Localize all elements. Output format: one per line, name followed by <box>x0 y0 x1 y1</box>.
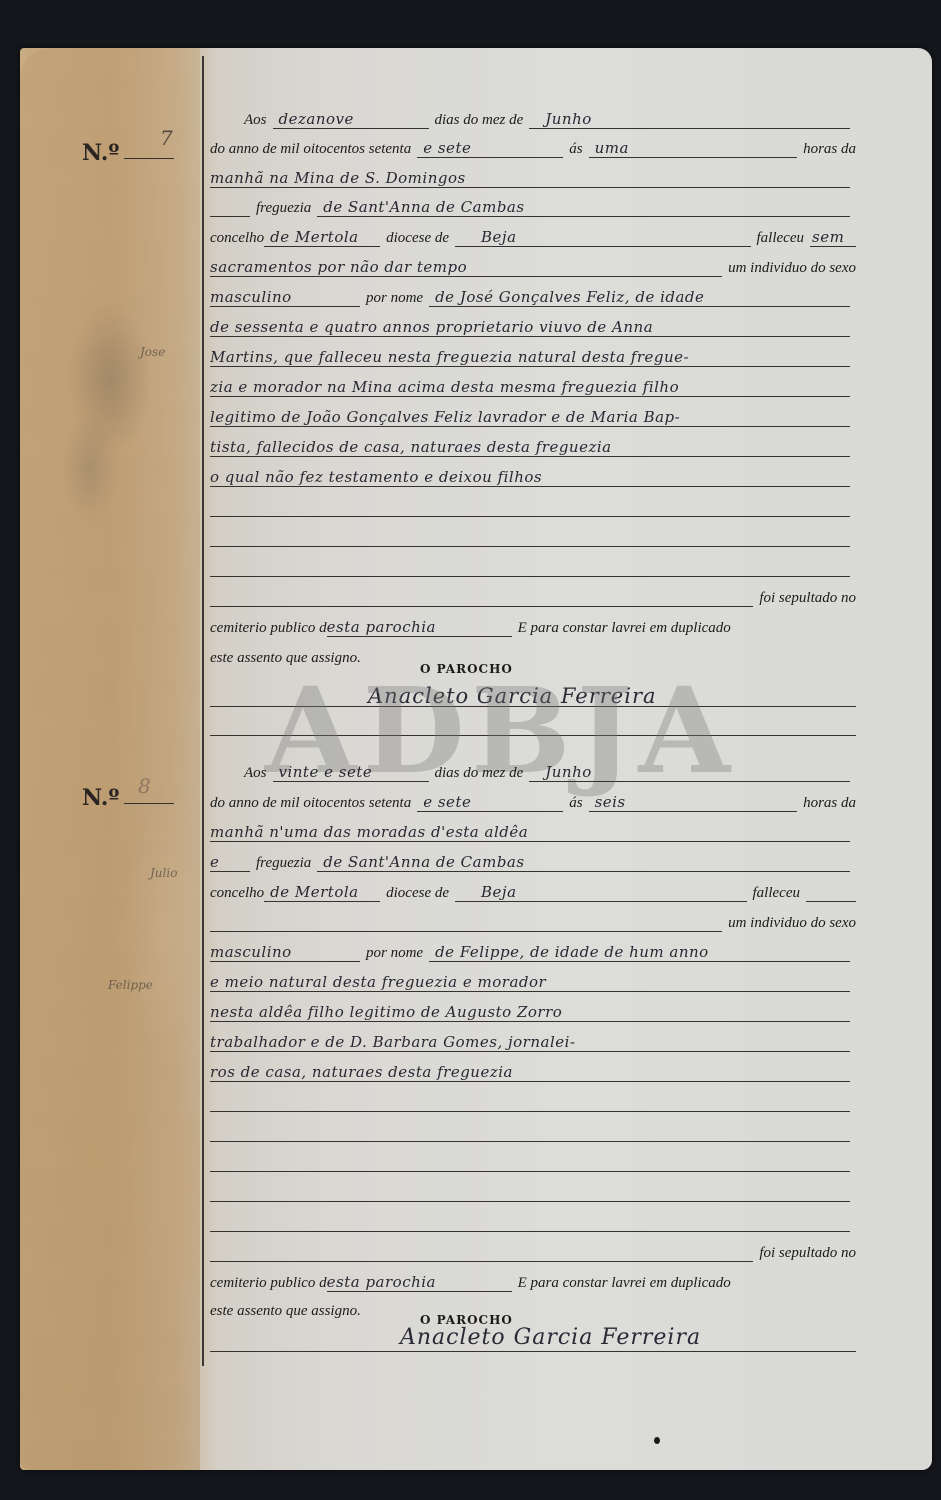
row-assento: este assento que assigno. <box>210 643 856 667</box>
value-falleceu-extra: sem <box>812 228 844 246</box>
signature-line <box>210 1351 856 1352</box>
body-line-field: nesta aldêa filho legitimo de Augusto Zo… <box>210 1001 850 1022</box>
value-diocese: Beja <box>481 883 517 901</box>
field-hour: seis <box>589 791 798 812</box>
body-line: tista, fallecidos de casa, naturaes dest… <box>210 433 856 457</box>
label-nome: por nome <box>366 290 423 307</box>
body-line: ros de casa, naturaes desta freguezia <box>210 1058 856 1082</box>
field-diocese: Beja <box>455 881 746 902</box>
body-line-text: zia e morador na Mina acima desta mesma … <box>210 378 679 396</box>
row-sepultado: foi sepultado no <box>210 1238 856 1262</box>
label-dias: dias do mez de <box>435 765 524 782</box>
label-falleceu: falleceu <box>757 230 804 247</box>
field-concelho: de Mertola <box>264 226 380 247</box>
value-concelho: de Mertola <box>270 883 358 901</box>
stained-torn-margin <box>20 48 200 1470</box>
value-freguezia: de Sant'Anna de Cambas <box>323 198 524 216</box>
field-month: Junho <box>529 108 850 129</box>
value-place: manhã n'uma das moradas d'esta aldêa <box>210 823 528 841</box>
parocho-label: O PAROCHO <box>420 662 513 676</box>
field-cemiterio: esta parochia <box>327 616 512 637</box>
label-dias: dias do mez de <box>435 112 524 129</box>
field-month: Junho <box>529 761 850 782</box>
entry-number: 7 <box>160 126 173 150</box>
row-individuo: sacramentos por não dar tempo um individ… <box>210 253 856 277</box>
row-cemiterio: cemiterio publico d esta parochia E para… <box>210 1268 856 1292</box>
empty-line <box>210 553 856 577</box>
value-hour: seis <box>595 793 626 811</box>
body-line: Martins, que falleceu nesta freguezia na… <box>210 343 856 367</box>
value-year: e sete <box>423 793 471 811</box>
label-freguezia: freguezia <box>256 855 311 872</box>
field-day: dezanove <box>273 108 429 129</box>
value-cemiterio: esta parochia <box>327 618 436 636</box>
value-hour: uma <box>595 139 629 157</box>
field-freguezia-prefix: e <box>210 851 250 872</box>
body-line: legitimo de João Gonçalves Feliz lavrado… <box>210 403 856 427</box>
value-sacramentos: sacramentos por não dar tempo <box>210 258 467 276</box>
body-line-text: trabalhador e de D. Barbara Gomes, jorna… <box>210 1033 575 1051</box>
label-horas: horas da <box>803 141 856 158</box>
body-line-text: ros de casa, naturaes desta freguezia <box>210 1063 513 1081</box>
row-freguezia: e freguezia de Sant'Anna de Cambas <box>210 848 856 872</box>
row-place: manhã na Mina de S. Domingos <box>210 164 856 188</box>
body-line-field: e meio natural desta freguezia e morador <box>210 971 850 992</box>
empty-line <box>210 1148 856 1172</box>
empty-line <box>210 1118 856 1142</box>
empty-line-field <box>210 1151 850 1172</box>
field-falleceu-extra: sem <box>810 226 856 247</box>
value-day: vinte e sete <box>279 763 373 781</box>
field-concelho: de Mertola <box>264 881 380 902</box>
value-diocese: Beja <box>481 228 517 246</box>
body-line-text: tista, fallecidos de casa, naturaes dest… <box>210 438 612 456</box>
label-anno: do anno de mil oitocentos setenta <box>210 141 411 158</box>
row-year: do anno de mil oitocentos setenta e sete… <box>210 788 856 812</box>
row-nome: masculino por nome de Felippe, de idade … <box>210 938 856 962</box>
label-individuo: um individuo do sexo <box>728 260 856 277</box>
value-day: dezanove <box>279 110 354 128</box>
body-line: e meio natural desta freguezia e morador <box>210 968 856 992</box>
empty-line <box>210 1088 856 1112</box>
field-place: manhã n'uma das moradas d'esta aldêa <box>210 821 850 842</box>
entry-number-label: N.º <box>82 785 119 811</box>
body-line-field: ros de casa, naturaes desta freguezia <box>210 1061 850 1082</box>
value-month: Junho <box>545 763 592 781</box>
label-sepultado: foi sepultado no <box>759 1245 856 1262</box>
body-line-field: tista, fallecidos de casa, naturaes dest… <box>210 436 850 457</box>
label-concelho: concelho <box>210 230 264 247</box>
value-place: manhã na Mina de S. Domingos <box>210 169 466 187</box>
empty-line <box>210 493 856 517</box>
value-nome: de José Gonçalves Feliz, de idade <box>435 288 704 306</box>
row-year: do anno de mil oitocentos setenta e sete… <box>210 134 856 158</box>
label-assento: este assento que assigno. <box>210 1303 361 1320</box>
body-line: o qual não fez testamento e deixou filho… <box>210 463 856 487</box>
body-line-text: de sessenta e quatro annos proprietario … <box>210 318 653 336</box>
row-place: manhã n'uma das moradas d'esta aldêa <box>210 818 856 842</box>
field-sepultado <box>210 586 753 607</box>
signature-line <box>210 706 856 707</box>
empty-line-field <box>210 1181 850 1202</box>
field-cemiterio: esta parochia <box>327 1271 512 1292</box>
empty-line-field <box>210 526 850 547</box>
body-line-field: de sessenta e quatro annos proprietario … <box>210 316 850 337</box>
body-line: de sessenta e quatro annos proprietario … <box>210 313 856 337</box>
row-freguezia: freguezia de Sant'Anna de Cambas <box>210 193 856 217</box>
field-sacramentos <box>210 911 722 932</box>
label-concelho: concelho <box>210 885 264 902</box>
field-nome: de Felippe, de idade de hum anno <box>429 941 850 962</box>
body-line-text: e meio natural desta freguezia e morador <box>210 973 546 991</box>
margin-rule <box>202 56 204 1366</box>
field-sepultado <box>210 1241 753 1262</box>
value-concelho: de Mertola <box>270 228 358 246</box>
margin-note: Felippe <box>108 978 153 992</box>
row-sepultado: foi sepultado no <box>210 583 856 607</box>
row-concelho: concelho de Mertola diocese de Beja fall… <box>210 223 856 247</box>
label-assento: este assento que assigno. <box>210 650 361 667</box>
row-nome: masculino por nome de José Gonçalves Fel… <box>210 283 856 307</box>
label-nome: por nome <box>366 945 423 962</box>
entry-number-label: N.º <box>82 140 119 166</box>
label-as: ás <box>569 141 582 158</box>
row-date: Aos dezanove dias do mez de Junho <box>210 105 856 129</box>
label-diocese: diocese de <box>386 885 449 902</box>
body-line-field: zia e morador na Mina acima desta mesma … <box>210 376 850 397</box>
empty-line-field <box>210 556 850 577</box>
label-anno: do anno de mil oitocentos setenta <box>210 795 411 812</box>
field-day: vinte e sete <box>273 761 429 782</box>
field-hour: uma <box>589 137 798 158</box>
value-sexo: masculino <box>210 943 292 961</box>
margin-note: Jose <box>140 345 165 359</box>
empty-line <box>210 1178 856 1202</box>
field-sexo: masculino <box>210 286 360 307</box>
field-nome: de José Gonçalves Feliz, de idade <box>429 286 850 307</box>
label-falleceu: falleceu <box>753 885 800 902</box>
empty-line-field <box>210 1121 850 1142</box>
label-as: ás <box>569 795 582 812</box>
empty-line <box>210 523 856 547</box>
body-line: trabalhador e de D. Barbara Gomes, jorna… <box>210 1028 856 1052</box>
value-cemiterio: esta parochia <box>327 1273 436 1291</box>
value-freguezia: de Sant'Anna de Cambas <box>323 853 524 871</box>
body-line-text: nesta aldêa filho legitimo de Augusto Zo… <box>210 1003 562 1021</box>
row-concelho: concelho de Mertola diocese de Beja fall… <box>210 878 856 902</box>
label-aos: Aos <box>244 765 267 782</box>
empty-line <box>210 1208 856 1232</box>
label-freguezia: freguezia <box>256 200 311 217</box>
row-individuo: um individuo do sexo <box>210 908 856 932</box>
field-freguezia-prefix <box>210 196 250 217</box>
row-assento: este assento que assigno. <box>210 1296 856 1320</box>
body-line-text: legitimo de João Gonçalves Feliz lavrado… <box>210 408 680 426</box>
value-freguezia-prefix: e <box>210 853 219 871</box>
label-constar: E para constar lavrei em duplicado <box>518 1275 731 1292</box>
value-month: Junho <box>545 110 592 128</box>
value-year: e sete <box>423 139 471 157</box>
label-cemiterio: cemiterio publico d <box>210 1275 327 1292</box>
empty-line-field <box>210 1211 850 1232</box>
label-individuo: um individuo do sexo <box>728 915 856 932</box>
field-sacramentos: sacramentos por não dar tempo <box>210 256 722 277</box>
empty-line-field <box>210 1091 850 1112</box>
body-line: zia e morador na Mina acima desta mesma … <box>210 373 856 397</box>
parocho-signature: Anacleto Garcia Ferreira <box>368 684 657 708</box>
row-cemiterio: cemiterio publico d esta parochia E para… <box>210 613 856 637</box>
label-aos: Aos <box>244 112 267 129</box>
ink-dot <box>654 1437 660 1444</box>
field-place: manhã na Mina de S. Domingos <box>210 167 850 188</box>
label-diocese: diocese de <box>386 230 449 247</box>
field-freguezia: de Sant'Anna de Cambas <box>317 851 850 872</box>
margin-note-top: Julio <box>150 866 177 880</box>
row-date: Aos vinte e sete dias do mez de Junho <box>210 758 856 782</box>
entry-number: 8 <box>138 774 151 798</box>
body-line-text: o qual não fez testamento e deixou filho… <box>210 468 542 486</box>
field-freguezia: de Sant'Anna de Cambas <box>317 196 850 217</box>
field-sexo: masculino <box>210 941 360 962</box>
label-cemiterio: cemiterio publico d <box>210 620 327 637</box>
parocho-signature: Anacleto Garcia Ferreira <box>400 1325 701 1350</box>
value-sexo: masculino <box>210 288 292 306</box>
body-line: nesta aldêa filho legitimo de Augusto Zo… <box>210 998 856 1022</box>
field-falleceu-extra <box>806 881 856 902</box>
field-year: e sete <box>417 137 563 158</box>
body-line-field: o qual não fez testamento e deixou filho… <box>210 466 850 487</box>
label-horas: horas da <box>803 795 856 812</box>
label-constar: E para constar lavrei em duplicado <box>518 620 731 637</box>
body-line-field: legitimo de João Gonçalves Feliz lavrado… <box>210 406 850 427</box>
field-diocese: Beja <box>455 226 750 247</box>
label-sepultado: foi sepultado no <box>759 590 856 607</box>
empty-line-field <box>210 496 850 517</box>
body-line-text: Martins, que falleceu nesta freguezia na… <box>210 348 689 366</box>
body-line-field: trabalhador e de D. Barbara Gomes, jorna… <box>210 1031 850 1052</box>
entry-separator <box>210 735 856 736</box>
value-nome: de Felippe, de idade de hum anno <box>435 943 709 961</box>
body-line-field: Martins, que falleceu nesta freguezia na… <box>210 346 850 367</box>
field-year: e sete <box>417 791 563 812</box>
